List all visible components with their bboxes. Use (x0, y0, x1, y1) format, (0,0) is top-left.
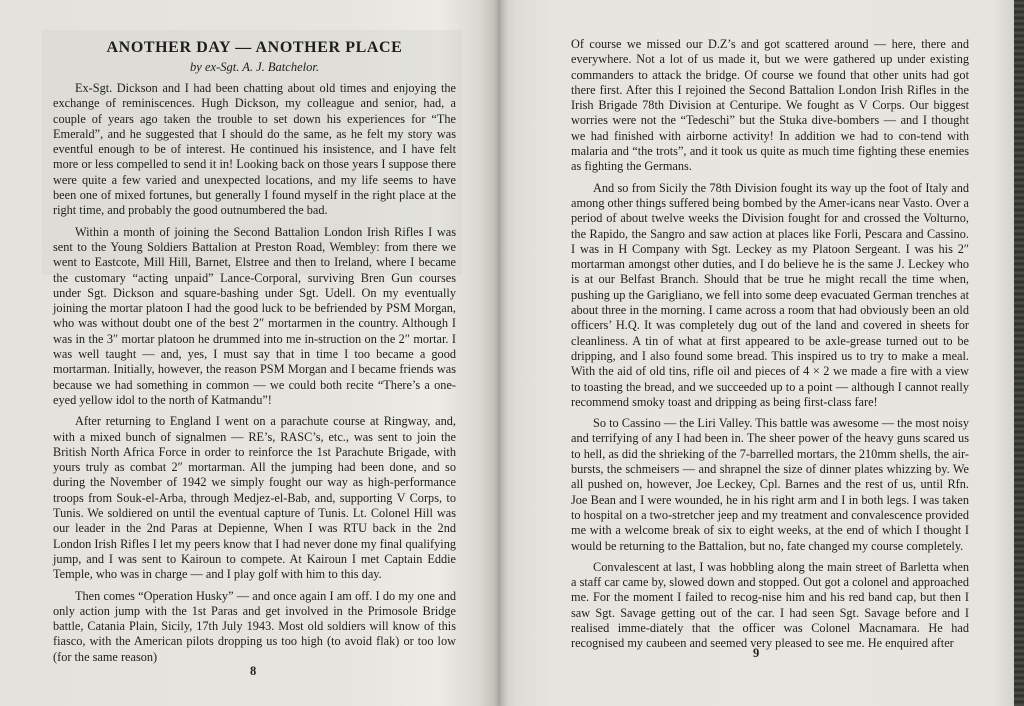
paragraph: So to Cassino — the Liri Valley. This ba… (571, 416, 969, 554)
left-page-text: ANOTHER DAY — ANOTHER PLACE by ex-Sgt. A… (53, 38, 456, 671)
paragraph: And so from Sicily the 78th Division fou… (571, 181, 969, 410)
article-byline: by ex-Sgt. A. J. Batchelor. (53, 60, 456, 75)
paragraph: Convalescent at last, I was hobbling alo… (571, 560, 969, 652)
paragraph: Then comes “Operation Husky” — and once … (53, 589, 456, 665)
right-page-text: Of course we missed our D.Z’s and got sc… (571, 37, 969, 658)
paragraph: After returning to England I went on a p… (53, 414, 456, 582)
book-gutter (494, 0, 508, 706)
paragraph: Of course we missed our D.Z’s and got sc… (571, 37, 969, 175)
book-spread: ANOTHER DAY — ANOTHER PLACE by ex-Sgt. A… (0, 0, 1014, 706)
page-number-right: 9 (753, 646, 759, 661)
left-page: ANOTHER DAY — ANOTHER PLACE by ex-Sgt. A… (0, 0, 500, 706)
paragraph: Within a month of joining the Second Bat… (53, 225, 456, 409)
article-title: ANOTHER DAY — ANOTHER PLACE (53, 38, 456, 58)
background-surface (1014, 0, 1024, 706)
right-page: Of course we missed our D.Z’s and got sc… (500, 0, 1014, 706)
paragraph: Ex-Sgt. Dickson and I had been chatting … (53, 81, 456, 219)
page-number-left: 8 (250, 664, 256, 679)
